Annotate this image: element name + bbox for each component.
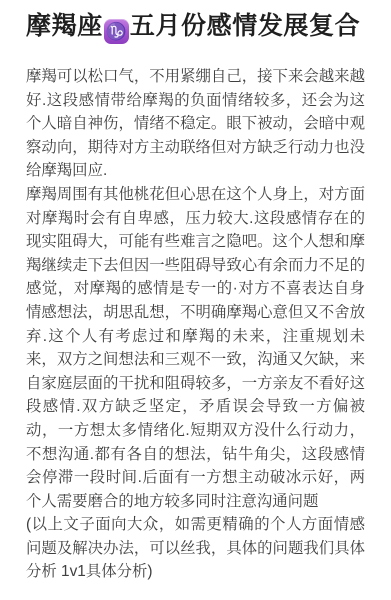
paragraph-analysis: 摩羯周围有其他桃花但心思在这个人身上，对方面对摩羯时会有自卑感，压力较大.这段感…: [26, 183, 365, 513]
page-title: 摩羯座♑五月份感情发展复合: [26, 10, 365, 44]
post-page: 摩羯座♑五月份感情发展复合 摩羯可以松口气，不用紧绷自己，接下来会越来越好.这段…: [0, 0, 391, 600]
title-text-before: 摩羯座: [26, 12, 103, 40]
capricorn-icon: ♑: [104, 19, 129, 44]
title-text-after: 五月份感情发展复合: [130, 12, 360, 40]
article-body: 摩羯可以松口气，不用紧绷自己，接下来会越来越好.这段感情带给摩羯的负面情绪较多，…: [26, 65, 365, 584]
paragraph-footer-note: (以上文子面向大众，如需更精确的个人方面情感问题及解决办法，可以丝我，具体的问题…: [26, 513, 365, 584]
paragraph-intro: 摩羯可以松口气，不用紧绷自己，接下来会越来越好.这段感情带给摩羯的负面情绪较多，…: [26, 65, 365, 183]
